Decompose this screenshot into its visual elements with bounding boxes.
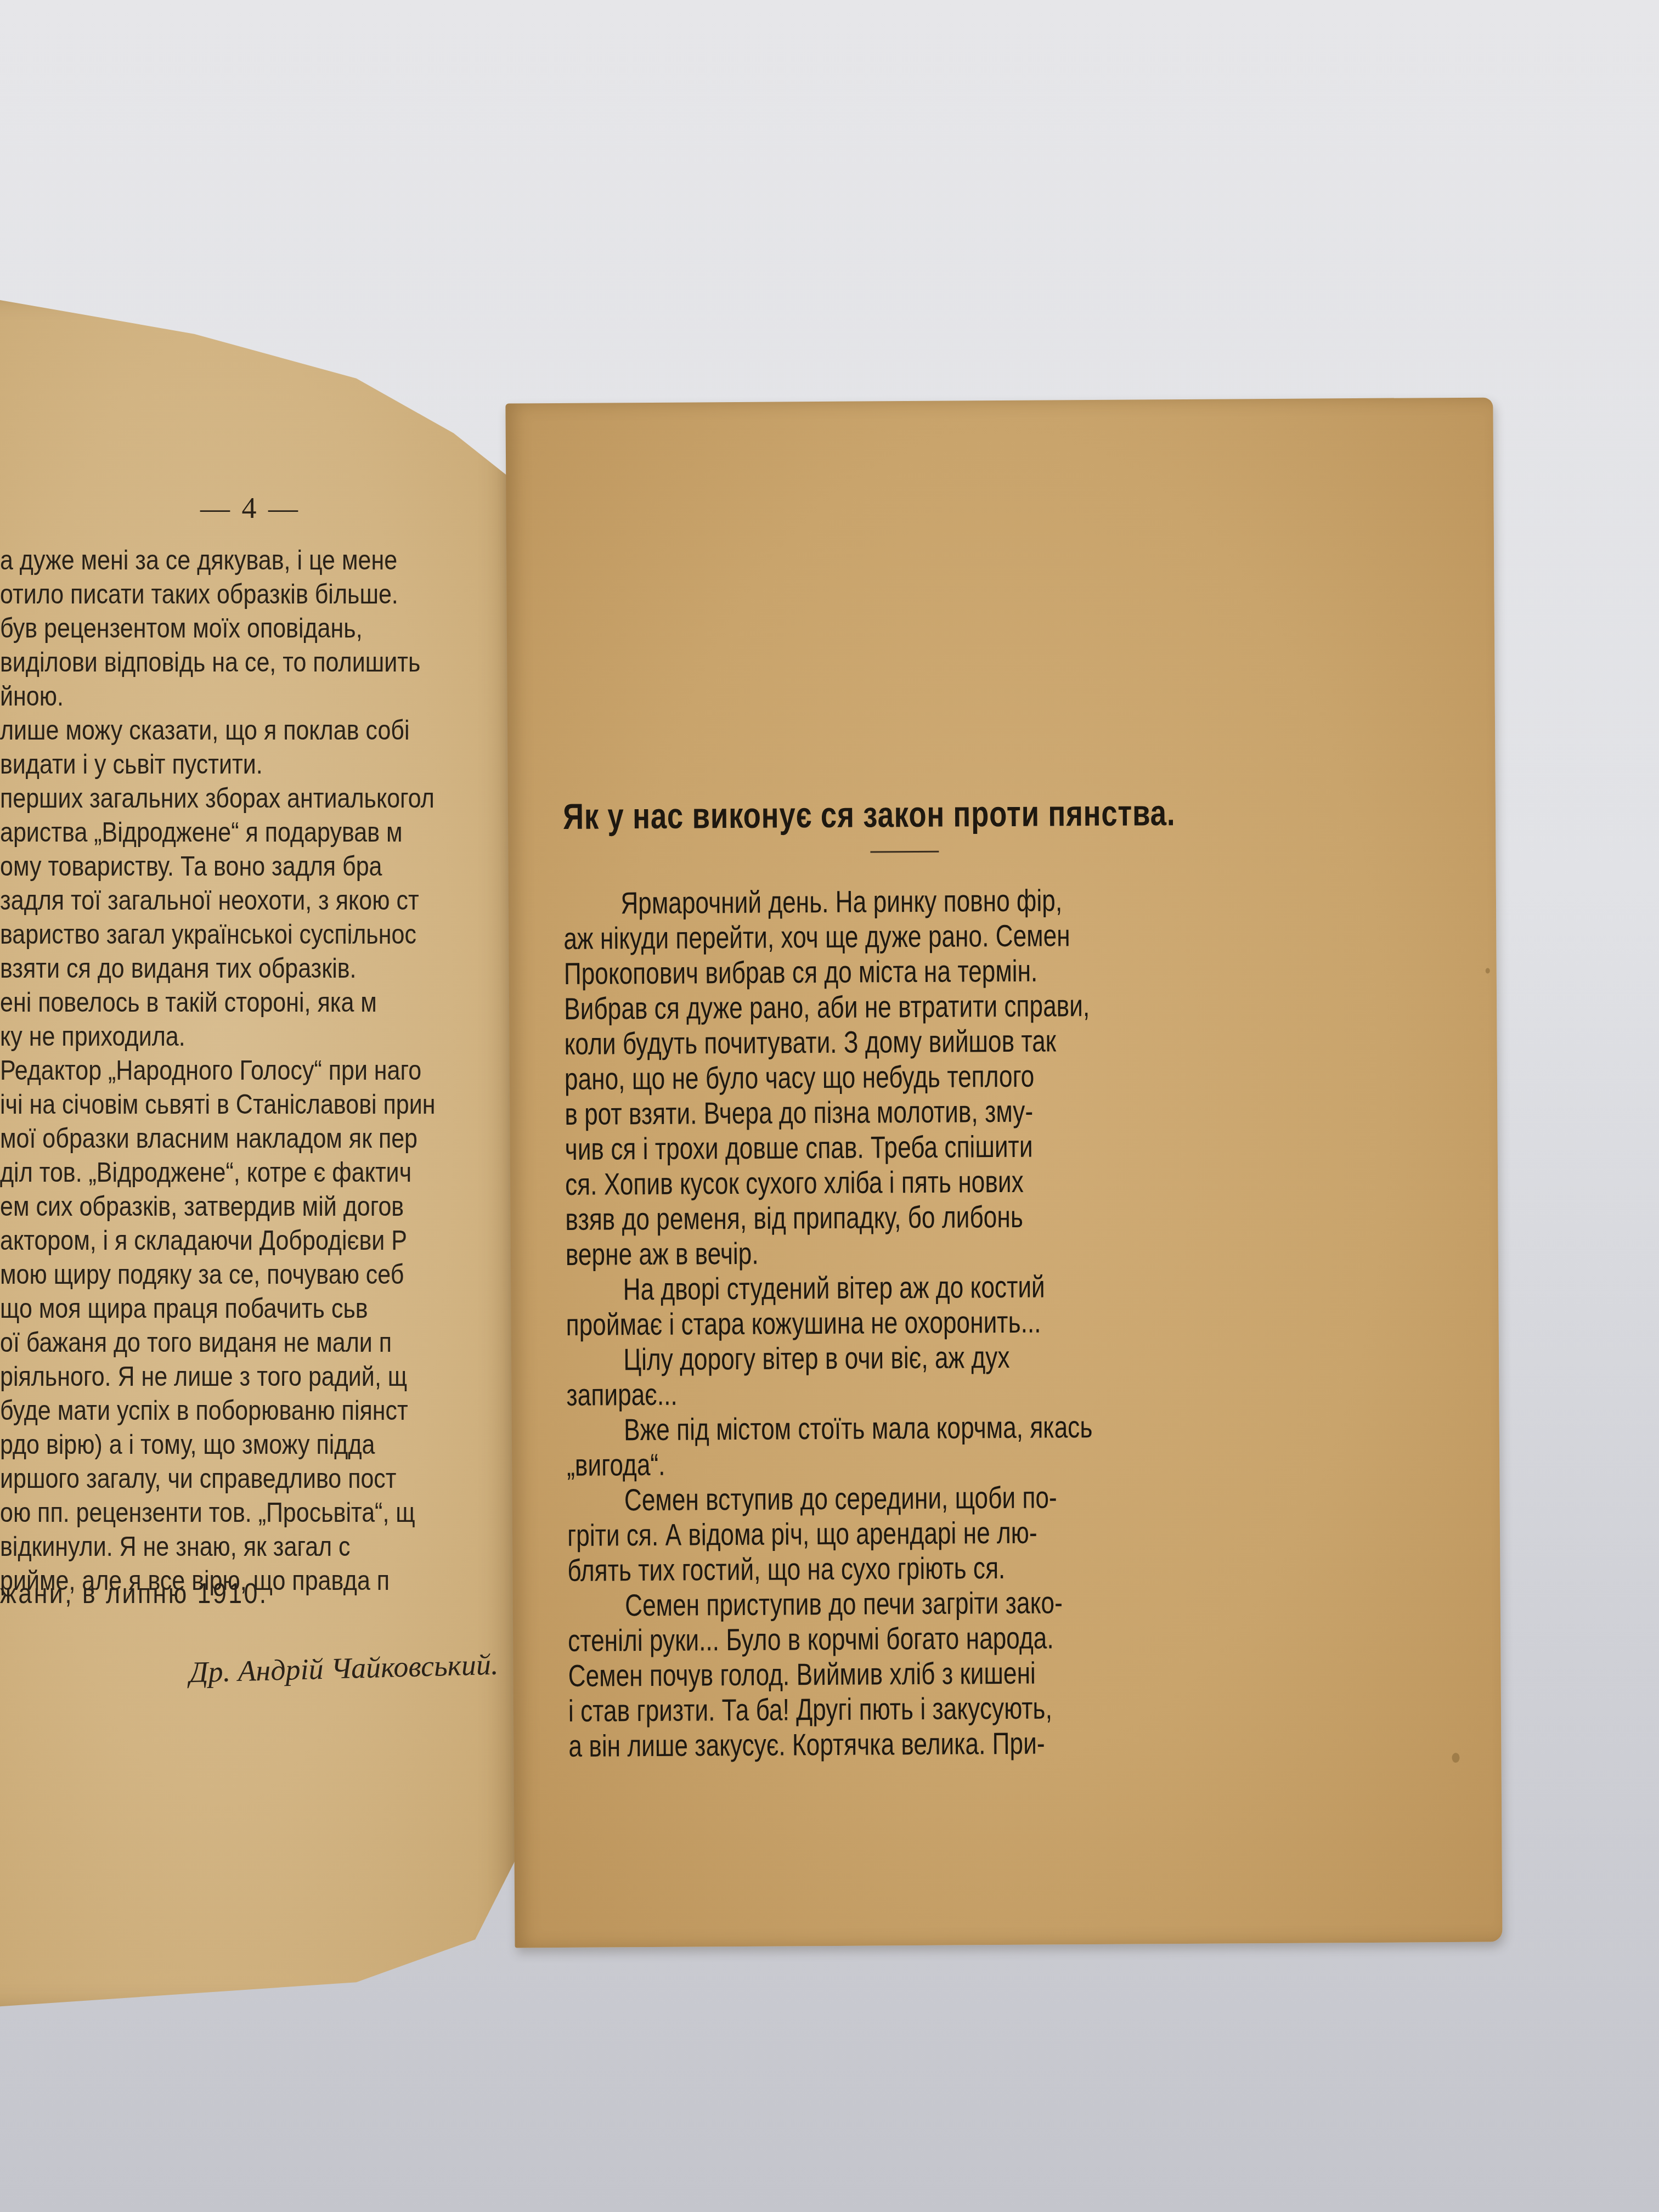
text-line: стенілі руки... Було в корчмі богато нар…	[568, 1620, 1218, 1658]
text-line: ку не приходила.	[0, 1019, 439, 1053]
text-line: а дуже мені за се дякував, і це мене	[0, 543, 439, 577]
text-line: діл тов. „Відроджене“, котре є фактич	[0, 1155, 439, 1189]
text-line: запирає...	[566, 1374, 1216, 1413]
text-line: ічі на січовім сьвяті в Станіславові при…	[0, 1087, 439, 1121]
text-line: Прокопович вибрав ся до міста на термін.	[564, 952, 1214, 991]
text-line: задля тої загальної неохоти, з якою ст	[0, 883, 439, 917]
text-line: На дворі студений вітер аж до костий	[566, 1268, 1216, 1307]
text-line: що моя щира праця побачить сьв	[0, 1291, 439, 1325]
text-line: мою щиру подяку за се, почуваю себ	[0, 1257, 439, 1291]
text-line: взяв до ременя, від припадку, бо либонь	[565, 1198, 1215, 1237]
text-line: Редактор „Народного Голосу“ при наго	[0, 1053, 439, 1087]
left-page: — 4 — а дуже мені за се дякував, і це ме…	[0, 296, 518, 2008]
date-line: жани, в липню 1910.	[0, 1577, 268, 1610]
text-line: актором, і я складаючи Добродієви Р	[0, 1223, 439, 1257]
text-line: ою пп. рецензенти тов. „Просьвіта“, щ	[0, 1496, 439, 1530]
text-line: і став гризти. Та ба! Другі пють і закус…	[568, 1690, 1218, 1729]
text-line: мої образки власним накладом як пер	[0, 1121, 439, 1155]
text-line: отило писати таких образків більше.	[0, 577, 439, 611]
text-line: Цілу дорогу вітер в очи віє, аж дух	[566, 1339, 1216, 1378]
author-signature: Др. Андрій Чайковський.	[189, 1647, 499, 1690]
text-line: ої бажаня до того виданя не мали п	[0, 1325, 439, 1359]
text-line: виділови відповідь на се, то полишить	[0, 645, 439, 679]
text-line: взяти ся до виданя тих образків.	[0, 951, 439, 985]
page-number: — 4 —	[200, 491, 300, 525]
text-line: блять тих гостий, що на сухо гріють ся.	[567, 1549, 1217, 1588]
text-line: видати і у сьвіт пустити.	[0, 747, 439, 781]
text-line: „вигода“.	[567, 1444, 1217, 1483]
text-line: гріти ся. А відома річ, що арендарі не л…	[567, 1514, 1217, 1553]
text-line: ріяльного. Я не лише з того радий, щ	[0, 1359, 439, 1393]
text-line: ариства „Відроджене“ я подарував м	[0, 815, 439, 849]
text-line: Семен почув голод. Виймив хліб з кишені	[568, 1655, 1218, 1694]
text-line: Семен приступив до печи загріти зако-	[568, 1584, 1218, 1623]
text-line: відкинули. Я не знаю, як загал с	[0, 1530, 439, 1564]
story-title: Як у нас виконує ся закон проти пянства.	[563, 792, 1142, 837]
text-line: лише можу сказати, що я поклав собі	[0, 713, 439, 747]
title-divider	[870, 851, 939, 853]
text-line: вариство загал українськоі суспільнос	[0, 917, 439, 951]
text-line: Ярмарочний день. На ринку повно фір,	[563, 882, 1214, 921]
left-page-text: а дуже мені за се дякував, і це мене оти…	[0, 543, 439, 1598]
text-line: проймає і стара кожушина не охоронить...	[566, 1304, 1216, 1342]
text-line: рдо вірю) а і тому, що зможу підда	[0, 1427, 439, 1462]
text-line: був рецензентом моїх оповідань,	[0, 611, 439, 645]
text-line: а він лише закусує. Кортячка велика. При…	[568, 1725, 1218, 1764]
photo-scene: — 4 — а дуже мені за се дякував, і це ме…	[0, 0, 1659, 2212]
text-line: коли будуть почитувати. З дому вийшов та…	[564, 1023, 1214, 1062]
text-line: Вже під містом стоїть мала корчма, якась	[567, 1409, 1217, 1448]
text-line: буде мати успіх в поборюваню піянст	[0, 1393, 439, 1427]
text-line: ся. Хопив кусок сухого хліба і пять нови…	[565, 1163, 1215, 1202]
text-line: Семен вступив до середини, щоби по-	[567, 1479, 1217, 1518]
story-body: Ярмарочний день. На ринку повно фір, аж …	[563, 882, 1219, 1764]
text-line: перших загальних зборах антиалькогол	[0, 781, 439, 815]
text-line: иршого загалу, чи справедливо пост	[0, 1462, 439, 1496]
text-line: йною.	[0, 679, 439, 713]
paper-stain	[1486, 968, 1490, 974]
right-page: Як у нас виконує ся закон проти пянства.…	[505, 398, 1502, 1948]
text-line: верне аж в вечір.	[566, 1233, 1216, 1272]
text-line: в рот взяти. Вчера до пізна молотив, зму…	[565, 1093, 1215, 1132]
text-line: ені повелось в такій стороні, яка м	[0, 985, 439, 1019]
text-line: аж нікуди перейти, хоч ще дуже рано. Сем…	[563, 917, 1214, 956]
text-line: чив ся і трохи довше спав. Треба спішити	[565, 1128, 1215, 1167]
text-line: рано, що не було часу що небудь теплого	[565, 1058, 1215, 1097]
paper-stain	[1452, 1753, 1459, 1763]
text-line: ем сих образків, затвердив мій догов	[0, 1189, 439, 1223]
text-line: ому товариству. Та воно задля бра	[0, 849, 439, 883]
text-line: Вибрав ся дуже рано, аби не втратити спр…	[564, 988, 1214, 1026]
